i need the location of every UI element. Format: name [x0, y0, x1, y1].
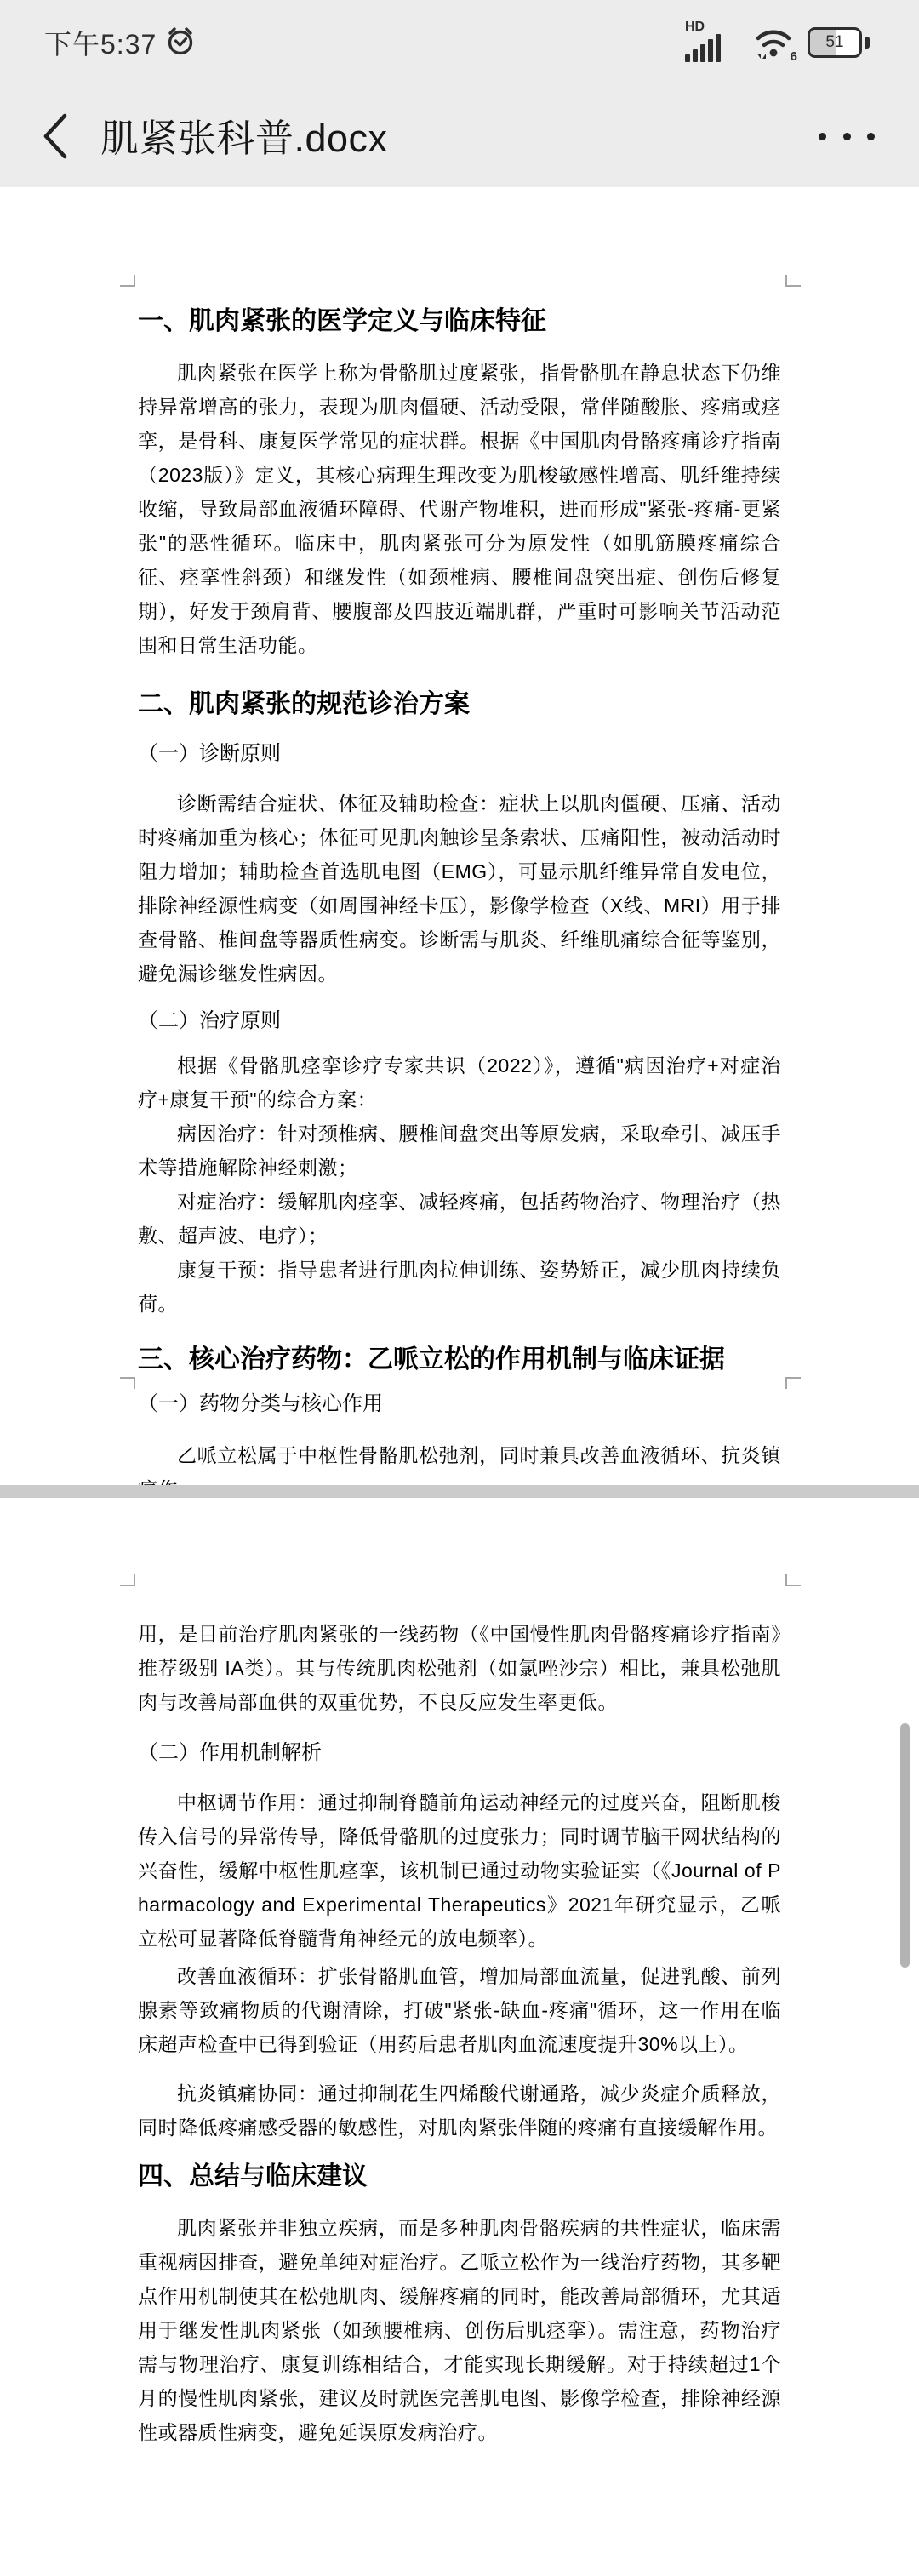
hd-label: HD — [685, 20, 705, 35]
paragraph: 中枢调节作用：通过抑制脊髓前角运动神经元的过度兴奋，阻断肌梭传入信号的异常传导，… — [138, 1785, 781, 1956]
paragraph: 肌肉紧张在医学上称为骨骼肌过度紧张，指骨骼肌在静息状态下仍维持异常增高的张力，表… — [138, 356, 781, 662]
text-boundary-mark — [785, 1574, 801, 1586]
paragraph-continued: 用，是目前治疗肌肉紧张的一线药物（《中国慢性肌肉骨骼疼痛诊疗指南》推荐级别 IA… — [138, 1617, 781, 1719]
paragraph: 诊断需结合症状、体征及辅助检查：症状上以肌肉僵硬、压痛、活动时疼痛加重为核心；体… — [138, 786, 781, 991]
document-page-2: 用，是目前治疗肌肉紧张的一线药物（《中国慢性肌肉骨骼疼痛诊疗指南》推荐级别 IA… — [0, 1498, 919, 2576]
subheading-mechanism: （二）作用机制解析 — [138, 1736, 781, 1770]
subheading-treatment: （二）治疗原则 — [138, 1004, 781, 1038]
app-header: 肌紧张科普.docx — [0, 85, 919, 187]
dot-icon — [843, 133, 851, 140]
heading-2: 二、肌肉紧张的规范诊治方案 — [138, 688, 781, 722]
battery-percent: 51 — [810, 30, 859, 55]
text-boundary-mark — [785, 275, 801, 287]
page-separator — [0, 1485, 919, 1498]
subheading-drug-class: （一）药物分类与核心作用 — [138, 1387, 781, 1421]
clock-time: 下午5:37 — [44, 23, 157, 62]
battery-icon: 51 — [808, 27, 862, 58]
cellular-signal-icon: HD — [685, 20, 739, 66]
paragraph: 肌肉紧张并非独立疾病，而是多种肌肉骨骼疾病的共性症状，临床需重视病因排查，避免单… — [138, 2211, 781, 2449]
document-page-1: 一、肌肉紧张的医学定义与临床特征 肌肉紧张在医学上称为骨骼肌过度紧张，指骨骼肌在… — [0, 187, 919, 1485]
status-bar: 下午5:37 HD 6 — [0, 0, 919, 85]
paragraph: 病因治疗：针对颈椎病、腰椎间盘突出等原发病，采取牵引、减压手术等措施解除神经刺激… — [138, 1117, 781, 1185]
dot-icon — [819, 133, 826, 140]
paragraph: 改善血液循环：扩张骨骼肌血管，增加局部血流量，促进乳酸、前列腺素等致痛物质的代谢… — [138, 1959, 781, 2061]
heading-1: 一、肌肉紧张的医学定义与临床特征 — [138, 305, 781, 339]
scrollbar-thumb[interactable] — [900, 1723, 910, 1968]
heading-4: 四、总结与临床建议 — [138, 2160, 781, 2194]
dot-icon — [867, 133, 875, 140]
more-options-button[interactable] — [819, 116, 875, 157]
back-button[interactable] — [34, 109, 82, 163]
document-title: 肌紧张科普.docx — [100, 107, 388, 163]
battery-nub — [865, 37, 870, 49]
text-boundary-mark — [120, 275, 135, 287]
text-boundary-mark — [120, 1377, 135, 1389]
text-boundary-mark — [785, 1377, 801, 1389]
alarm-icon — [165, 26, 196, 60]
paragraph: 乙哌立松属于中枢性骨骼肌松弛剂，同时兼具改善血液循环、抗炎镇痛作 — [138, 1438, 781, 1485]
paragraph: 抗炎镇痛协同：通过抑制花生四烯酸代谢通路，减少炎症介质释放，同时降低疼痛感受器的… — [138, 2076, 781, 2145]
paragraph: 康复干预：指导患者进行肌肉拉伸训练、姿势矫正，减少肌肉持续负荷。 — [138, 1253, 781, 1321]
wifi-icon: 6 — [751, 23, 796, 62]
subheading-diagnosis: （一）诊断原则 — [138, 737, 781, 771]
paragraph: 对症治疗：缓解肌肉痉挛、减轻疼痛，包括药物治疗、物理治疗（热敷、超声波、电疗）； — [138, 1185, 781, 1253]
text-boundary-mark — [120, 1574, 135, 1586]
heading-3: 三、核心治疗药物：乙哌立松的作用机制与临床证据 — [138, 1343, 781, 1377]
paragraph: 根据《骨骼肌痉挛诊疗专家共识（2022）》，遵循"病因治疗+对症治疗+康复干预"… — [138, 1048, 781, 1117]
wifi-6-label: 6 — [791, 49, 797, 64]
